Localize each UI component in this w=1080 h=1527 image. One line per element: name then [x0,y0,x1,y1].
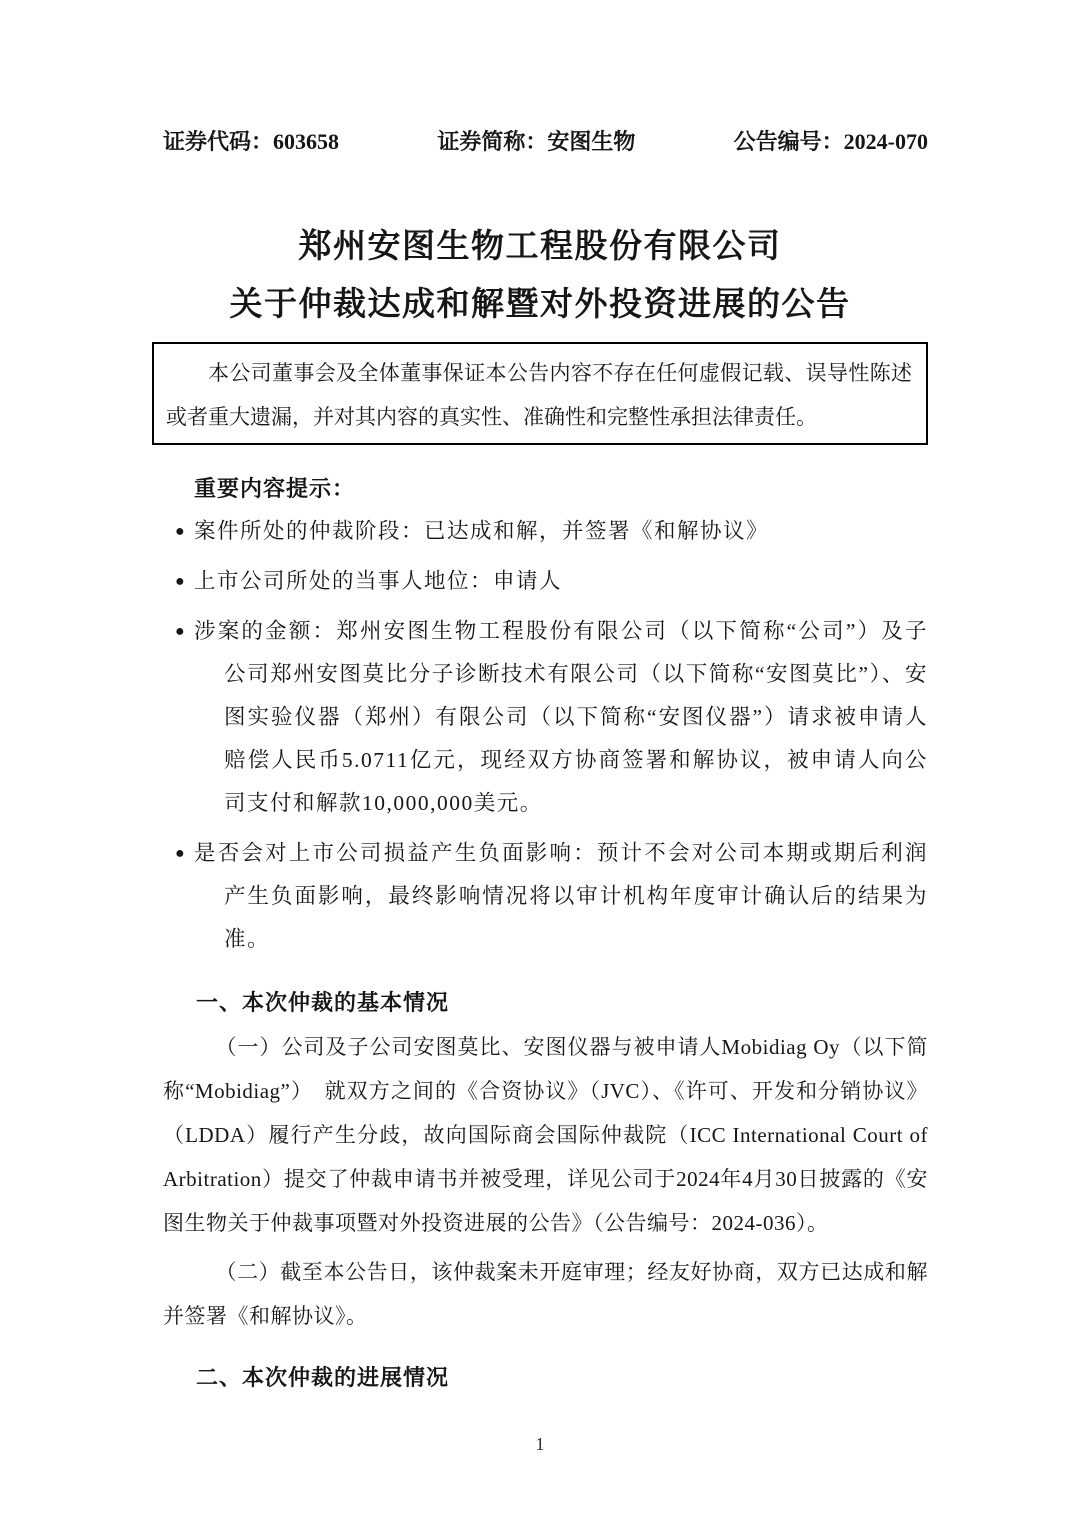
board-disclaimer-box: 本公司董事会及全体董事保证本公告内容不存在任何虚假记载、误导性陈述或者重大遗漏，… [152,342,928,445]
stock-abbr-label: 证券简称：安图生物 [437,127,635,157]
bullet-icon: ● [175,560,186,603]
hint-text: 案件所处的仲裁阶段：已达成和解，并签署《和解协议》 [194,519,769,543]
bullet-icon: ● [175,510,186,553]
document-title: 郑州安图生物工程股份有限公司 关于仲裁达成和解暨对外投资进展的公告 [152,217,928,333]
section-1-paragraph-1: （一）公司及子公司安图莫比、安图仪器与被申请人Mobidiag Oy（以下简称“… [163,1025,928,1245]
bullet-icon: ● [175,610,186,653]
page-number: 1 [152,1424,928,1464]
hint-case-amount: ● 涉案的金额：郑州安图生物工程股份有限公司（以下简称“公司”）及子公司郑州安图… [152,610,928,825]
stock-code-label: 证券代码：603658 [163,127,339,157]
hint-text: 是否会对上市公司损益产生负面影响：预计不会对公司本期或期后利润产生负面影响，最终… [194,841,928,951]
announcement-subject-title-line: 关于仲裁达成和解暨对外投资进展的公告 [152,275,928,333]
section-1-paragraph-2: （二）截至本公告日，该仲裁案未开庭审理；经友好协商，双方已达成和解并签署《和解协… [163,1250,928,1338]
important-hints-list: ● 案件所处的仲裁阶段：已达成和解，并签署《和解协议》 ● 上市公司所处的当事人… [152,510,928,961]
announcement-page: 证券代码：603658 证券简称：安图生物 公告编号：2024-070 郑州安图… [0,0,1080,1527]
announcement-number-label: 公告编号：2024-070 [734,127,928,157]
board-disclaimer-text: 本公司董事会及全体董事保证本公告内容不存在任何虚假记载、误导性陈述或者重大遗漏，… [166,351,912,439]
document-header: 证券代码：603658 证券简称：安图生物 公告编号：2024-070 [152,127,928,157]
bullet-icon: ● [175,832,186,875]
hint-arbitration-stage: ● 案件所处的仲裁阶段：已达成和解，并签署《和解协议》 [152,510,928,553]
section-1-heading: 一、本次仲裁的基本情况 [196,981,928,1025]
hint-text: 涉案的金额：郑州安图生物工程股份有限公司（以下简称“公司”）及子公司郑州安图莫比… [194,619,928,815]
hint-text: 上市公司所处的当事人地位：申请人 [194,569,562,593]
section-2-heading: 二、本次仲裁的进展情况 [196,1356,928,1400]
important-hints-heading: 重要内容提示： [194,467,928,510]
company-name-title-line: 郑州安图生物工程股份有限公司 [152,217,928,275]
hint-party-status: ● 上市公司所处的当事人地位：申请人 [152,560,928,603]
hint-profit-impact: ● 是否会对上市公司损益产生负面影响：预计不会对公司本期或期后利润产生负面影响，… [152,832,928,961]
